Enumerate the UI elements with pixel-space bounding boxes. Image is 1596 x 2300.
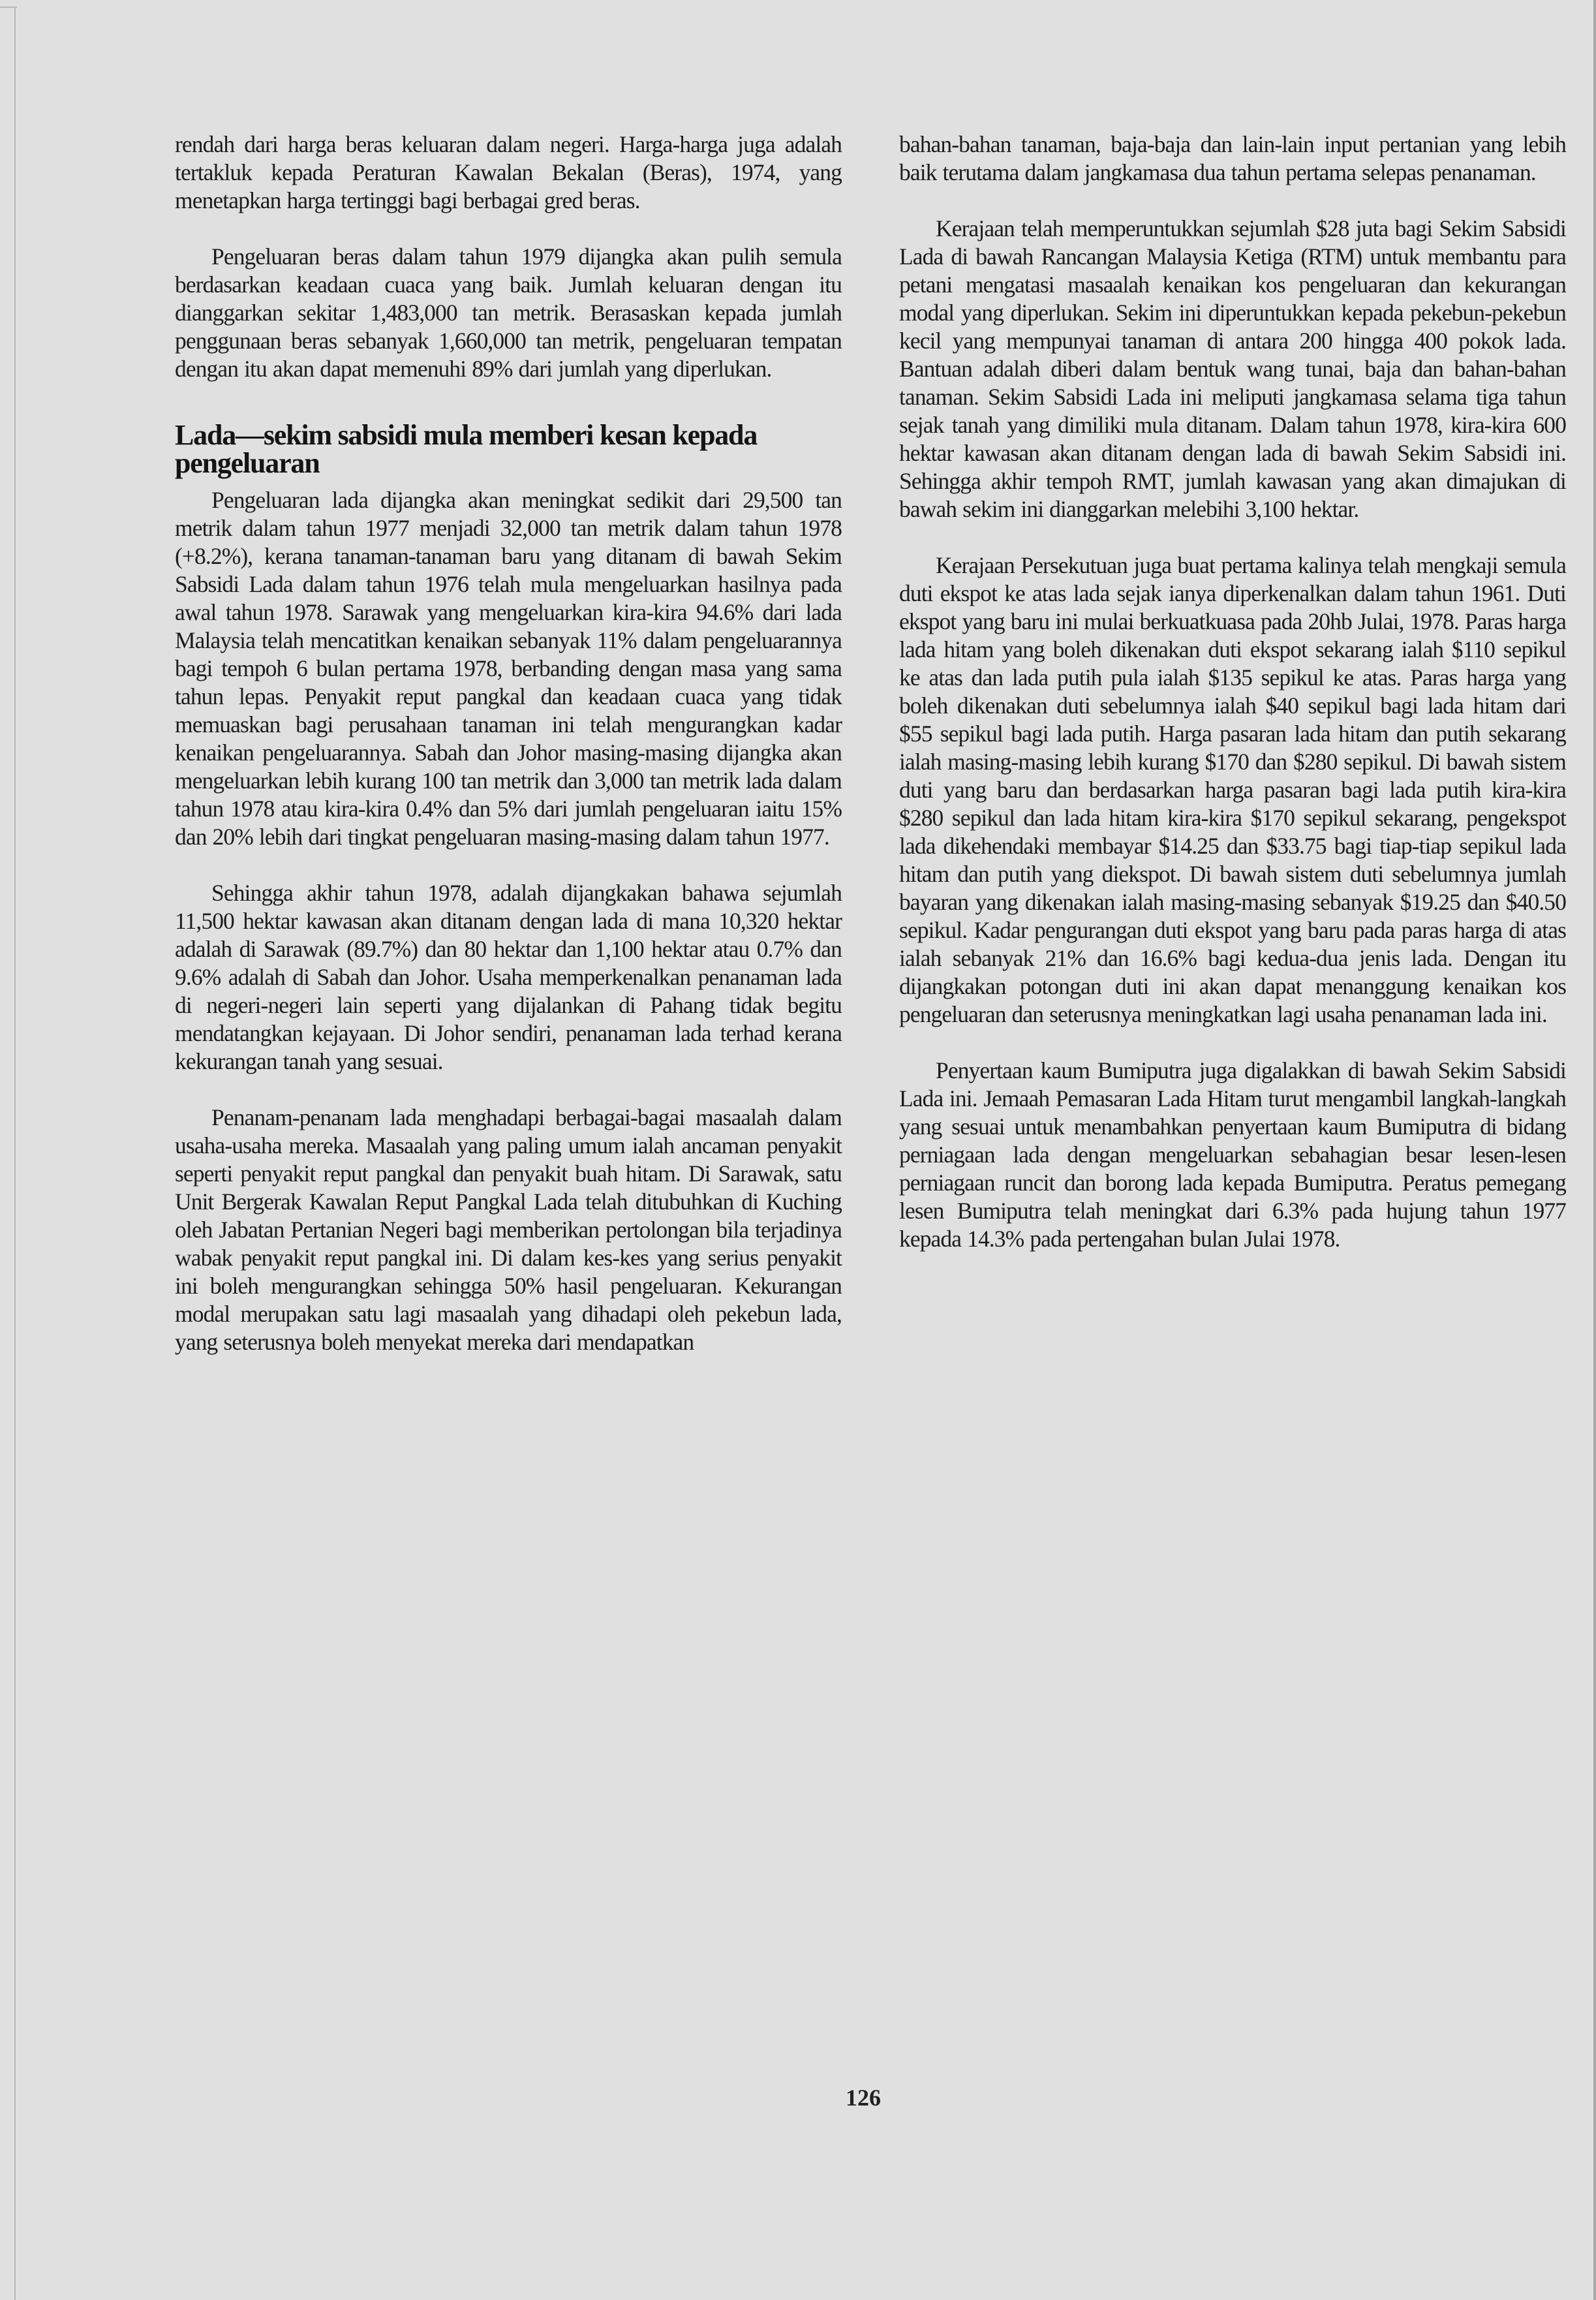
- page-edge-shadow: [1593, 0, 1596, 2300]
- paragraph: Pengeluaran lada dijangka akan meningkat…: [175, 486, 842, 851]
- page-edge-line: [14, 7, 16, 2300]
- paragraph: Kerajaan telah memperuntukkan sejumlah $…: [899, 215, 1566, 523]
- paragraph: bahan-bahan tanaman, baja-baja dan lain-…: [899, 131, 1566, 187]
- paragraph: rendah dari harga beras keluaran dalam n…: [175, 131, 842, 215]
- paragraph: Kerajaan Persekutuan juga buat pertama k…: [899, 552, 1566, 1029]
- paragraph: Penyertaan kaum Bumiputra juga digalakka…: [899, 1057, 1566, 1253]
- paragraph: Penanam-penanam lada menghadapi berbagai…: [175, 1104, 842, 1356]
- page-edge-line: [0, 7, 17, 8]
- section-heading: Lada—sekim sabsidi mula memberi kesan ke…: [175, 421, 814, 477]
- paragraph: Sehingga akhir tahun 1978, adalah dijang…: [175, 879, 842, 1076]
- left-column: rendah dari harga beras keluaran dalam n…: [175, 131, 842, 1356]
- paragraph: Pengeluaran beras dalam tahun 1979 dijan…: [175, 243, 842, 383]
- right-column: bahan-bahan tanaman, baja-baja dan lain-…: [899, 131, 1566, 1253]
- page-number: 126: [846, 2084, 881, 2111]
